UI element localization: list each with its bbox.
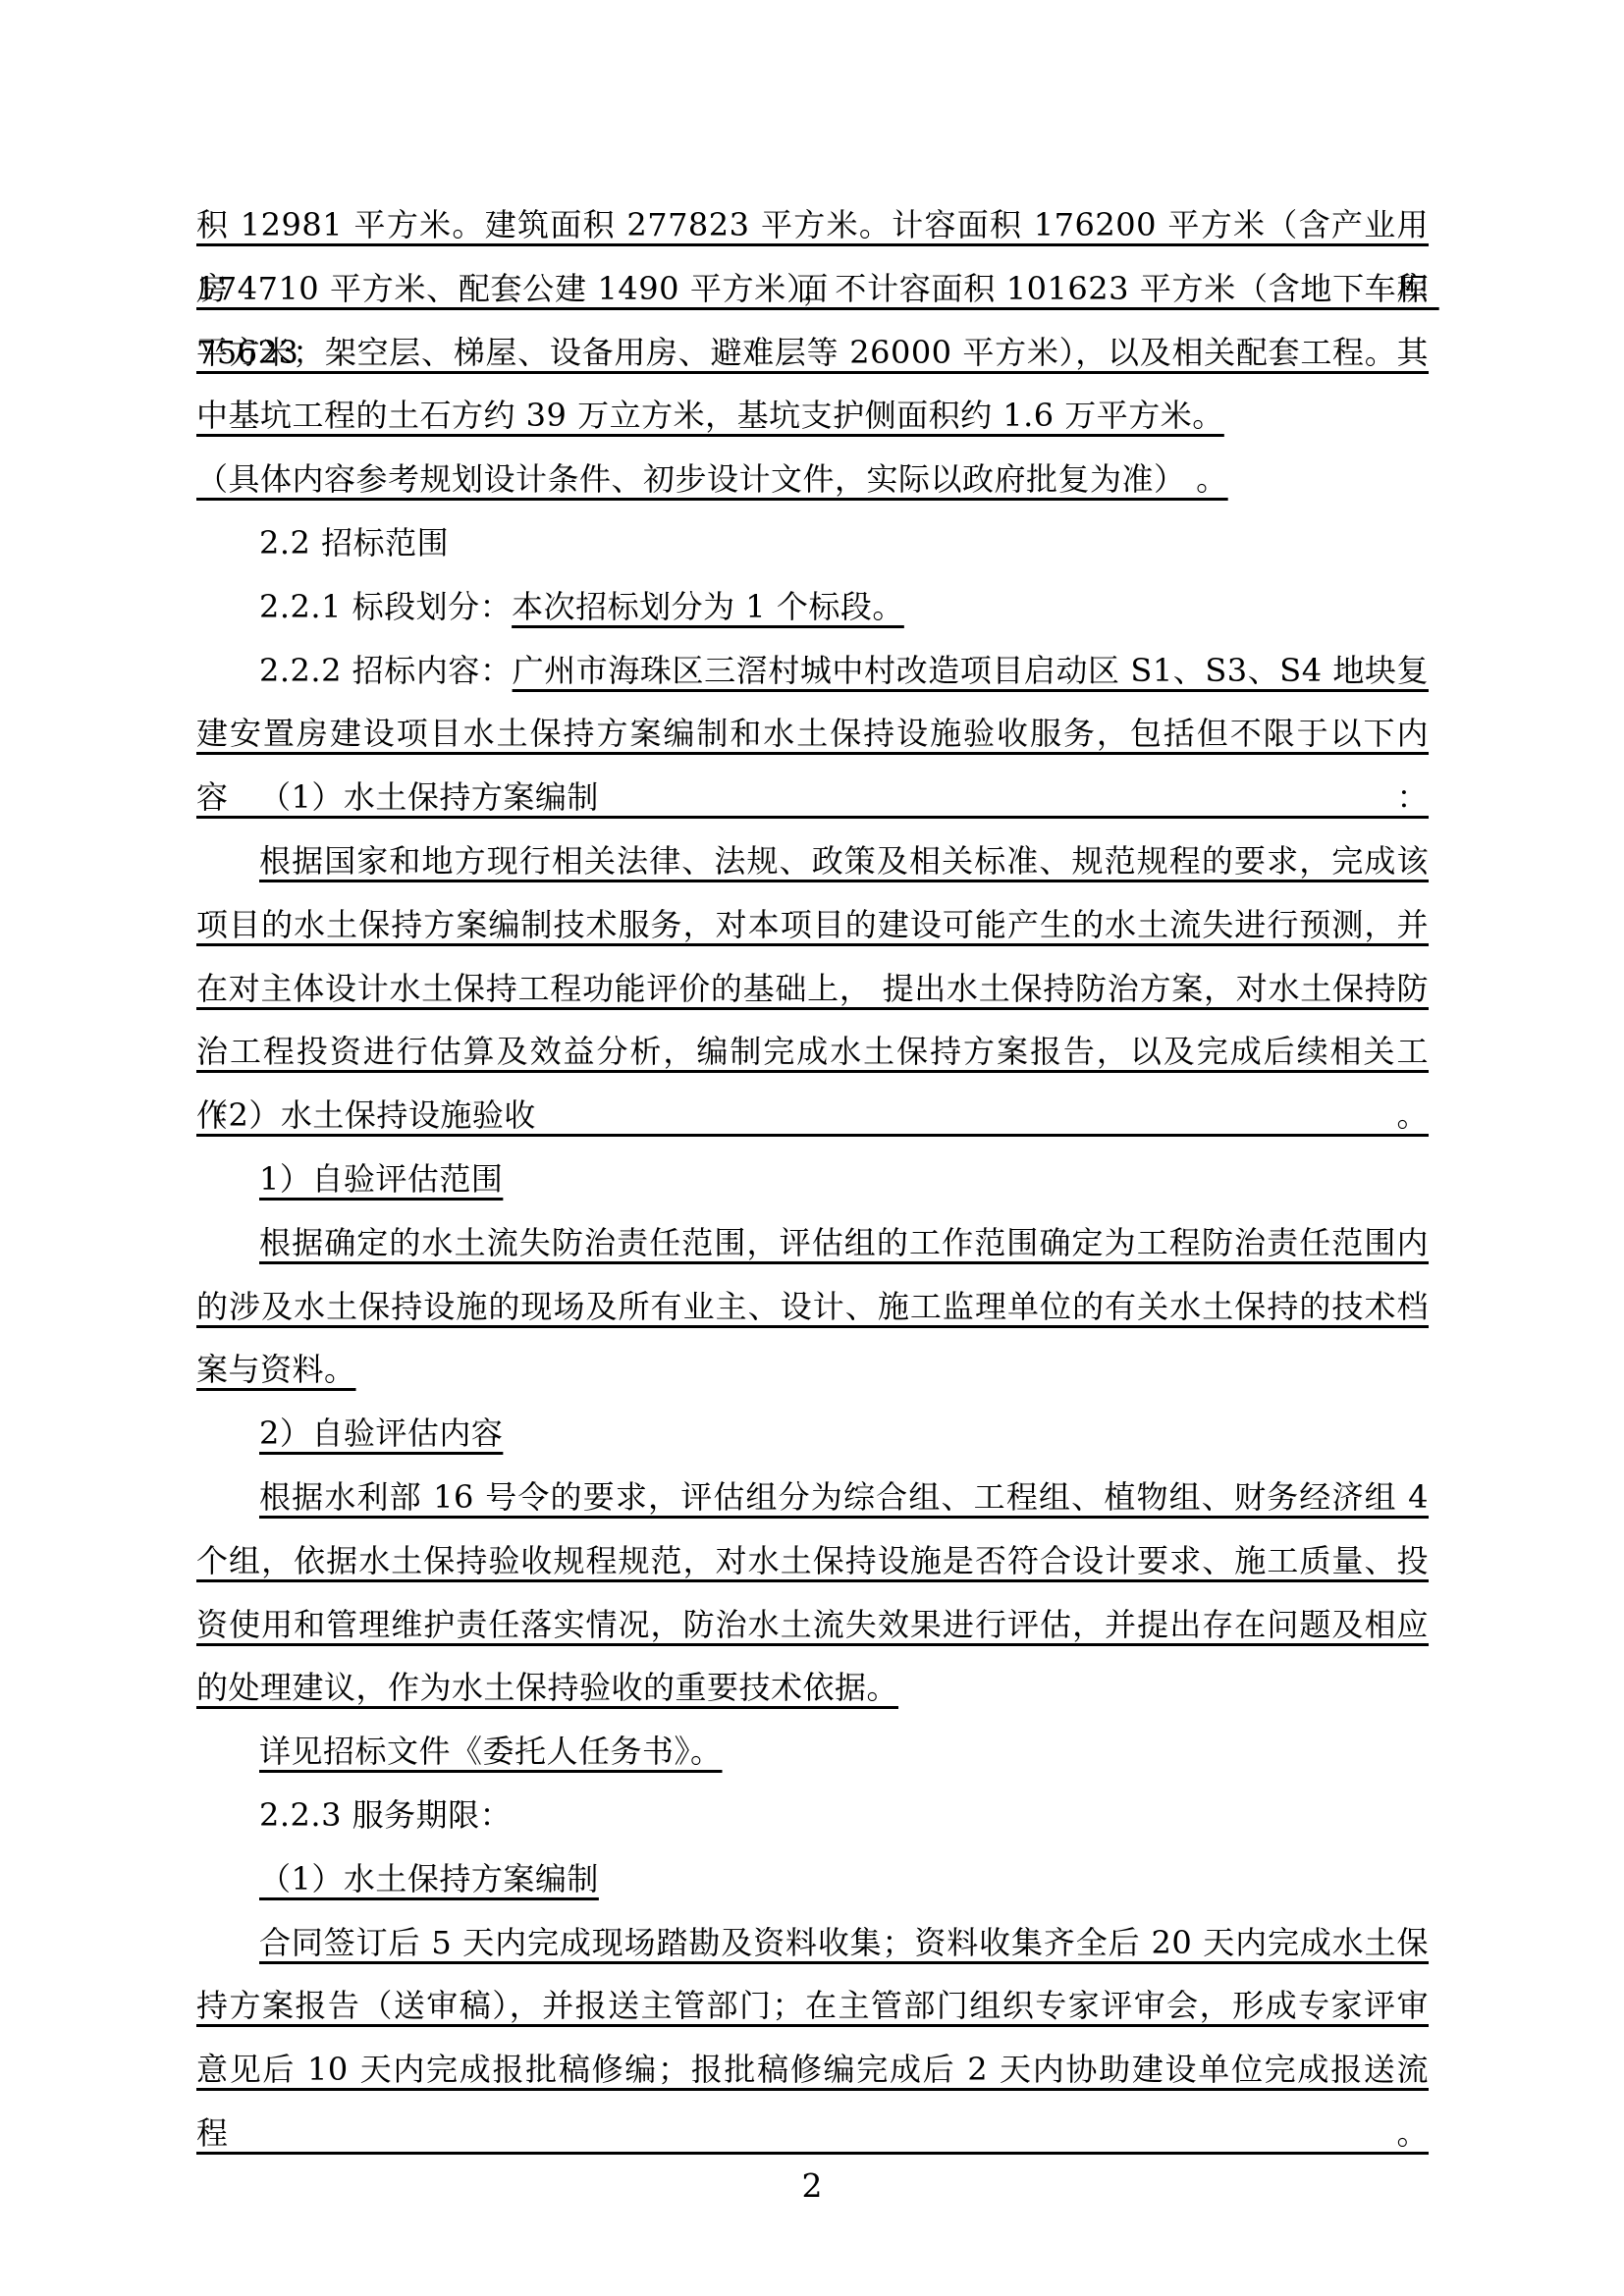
underlined-text: 平方米；架空层、梯屋、设备用房、避难层等 26000 平方米），以及相关配套工程… — [196, 334, 1429, 371]
underlined-text: 根据水利部 16 号令的要求，评估组分为综合组、工程组、植物组、财务经济组 4 — [259, 1478, 1429, 1516]
text-line: 案与资料。 — [196, 1338, 1429, 1402]
underlined-text: 广州市海珠区三滘村城中村改造项目启动区 S1、S3、S4 地块复 — [513, 652, 1429, 689]
text-line: 平方米；架空层、梯屋、设备用房、避难层等 26000 平方米），以及相关配套工程… — [196, 321, 1429, 385]
text-line: 资使用和管理维护责任落实情况，防治水土流失效果进行评估，并提出存在问题及相应 — [196, 1593, 1429, 1657]
underlined-text: 持方案报告（送审稿），并报送主管部门；在主管部门组织专家评审会，形成专家评审 — [196, 1987, 1429, 2024]
document-body: 积 12981 平方米。建筑面积 277823 平方米。计容面积 176200 … — [196, 193, 1429, 2102]
text-line: 根据确定的水土流失防治责任范围，评估组的工作范围确定为工程防治责任范围内 — [196, 1211, 1429, 1275]
text-line: 2.2.2 招标内容：广州市海珠区三滘村城中村改造项目启动区 S1、S3、S4 … — [196, 639, 1429, 703]
text-line: 174710 平方米、配套公建 1490 平方米），不计容面积 101623 平… — [196, 257, 1429, 321]
underlined-text: 资使用和管理维护责任落实情况，防治水土流失效果进行评估，并提出存在问题及相应 — [196, 1606, 1429, 1643]
document-page: 积 12981 平方米。建筑面积 277823 平方米。计容面积 176200 … — [0, 0, 1624, 2296]
underlined-text: 合同签订后 5 天内完成现场踏勘及资料收集；资料收集齐全后 20 天内完成水土保 — [259, 1924, 1429, 1961]
text-line: 2.2 招标范围 — [196, 511, 1429, 575]
text-line: 持方案报告（送审稿），并报送主管部门；在主管部门组织专家评审会，形成专家评审 — [196, 1974, 1429, 2038]
text-line: 根据国家和地方现行相关法律、法规、政策及相关标准、规范规程的要求，完成该 — [196, 829, 1429, 893]
underlined-text: 根据国家和地方现行相关法律、法规、政策及相关标准、规范规程的要求，完成该 — [259, 842, 1429, 880]
text-line: 在对主体设计水土保持工程功能评价的基础上， 提出水土保持防治方案，对水土保持防 — [196, 957, 1429, 1021]
text-line: 的涉及水土保持设施的现场及所有业主、设计、施工监理单位的有关水土保持的技术档 — [196, 1275, 1429, 1339]
underlined-text: （1）水土保持方案编制 — [259, 778, 599, 816]
underlined-text: 的处理建议，作为水土保持验收的重要技术依据。 — [196, 1669, 898, 1706]
text-line: 的处理建议，作为水土保持验收的重要技术依据。 — [196, 1656, 1429, 1720]
underlined-text: 的涉及水土保持设施的现场及所有业主、设计、施工监理单位的有关水土保持的技术档 — [196, 1288, 1429, 1325]
underlined-text: 根据确定的水土流失防治责任范围，评估组的工作范围确定为工程防治责任范围内 — [259, 1224, 1429, 1261]
plain-text: 2.2.2 招标内容： — [259, 652, 513, 689]
underlined-text: 1）自验评估范围 — [259, 1160, 503, 1198]
underlined-text: 中基坑工程的土石方约 39 万立方米，基坑支护侧面积约 1.6 万平方米。 — [196, 397, 1224, 434]
text-line: 个组，依据水土保持验收规程规范，对水土保持设施是否符合设计要求、施工质量、投 — [196, 1529, 1429, 1593]
underlined-text: 详见招标文件《委托人任务书》。 — [259, 1733, 723, 1770]
page-number: 2 — [0, 2155, 1624, 2217]
text-line: 积 12981 平方米。建筑面积 277823 平方米。计容面积 176200 … — [196, 193, 1429, 257]
underlined-text: （具体内容参考规划设计条件、初步设计文件，实际以政府批复为准） 。 — [196, 460, 1228, 498]
text-line: 根据水利部 16 号令的要求，评估组分为综合组、工程组、植物组、财务经济组 4 — [196, 1466, 1429, 1529]
underlined-text: 意见后 10 天内完成报批稿修编；报批稿修编完成后 2 天内协助建设单位完成报送… — [196, 2051, 1429, 2152]
text-line: 详见招标文件《委托人任务书》。 — [196, 1720, 1429, 1784]
text-line: 建安置房建设项目水土保持方案编制和水土保持设施验收服务，包括但不限于以下内容： — [196, 702, 1429, 766]
text-line: 2）自验评估内容 — [196, 1402, 1429, 1466]
plain-text: 2.2 招标范围 — [259, 524, 449, 561]
underlined-text: （1）水土保持方案编制 — [259, 1860, 599, 1897]
text-line: 2.2.1 标段划分：本次招标划分为 1 个标段。 — [196, 575, 1429, 639]
text-line: 治工程投资进行估算及效益分析，编制完成水土保持方案报告，以及完成后续相关工作。 — [196, 1020, 1429, 1084]
text-line: 中基坑工程的土石方约 39 万立方米，基坑支护侧面积约 1.6 万平方米。 — [196, 384, 1429, 448]
text-line: 2.2.3 服务期限： — [196, 1784, 1429, 1847]
underlined-text: 本次招标划分为 1 个标段。 — [512, 588, 904, 625]
plain-text: 2.2.1 标段划分： — [259, 588, 512, 625]
underlined-text: 2）自验评估内容 — [259, 1415, 503, 1452]
text-line: 意见后 10 天内完成报批稿修编；报批稿修编完成后 2 天内协助建设单位完成报送… — [196, 2038, 1429, 2102]
text-line: （具体内容参考规划设计条件、初步设计文件，实际以政府批复为准） 。 — [196, 448, 1429, 511]
underlined-text: 在对主体设计水土保持工程功能评价的基础上， 提出水土保持防治方案，对水土保持防 — [196, 970, 1429, 1007]
underlined-text: 个组，依据水土保持验收规程规范，对水土保持设施是否符合设计要求、施工质量、投 — [196, 1542, 1429, 1579]
text-line: 项目的水土保持方案编制技术服务，对本项目的建设可能产生的水土流失进行预测，并 — [196, 893, 1429, 957]
text-line: 合同签订后 5 天内完成现场踏勘及资料收集；资料收集齐全后 20 天内完成水土保 — [196, 1911, 1429, 1975]
underlined-text: 案与资料。 — [196, 1351, 356, 1388]
underlined-text: 项目的水土保持方案编制技术服务，对本项目的建设可能产生的水土流失进行预测，并 — [196, 906, 1429, 943]
text-line: （1）水土保持方案编制 — [196, 1847, 1429, 1911]
underlined-text: （2）水土保持设施验收 — [196, 1096, 536, 1134]
plain-text: 2.2.3 服务期限： — [259, 1796, 512, 1834]
text-line: 1）自验评估范围 — [196, 1148, 1429, 1211]
